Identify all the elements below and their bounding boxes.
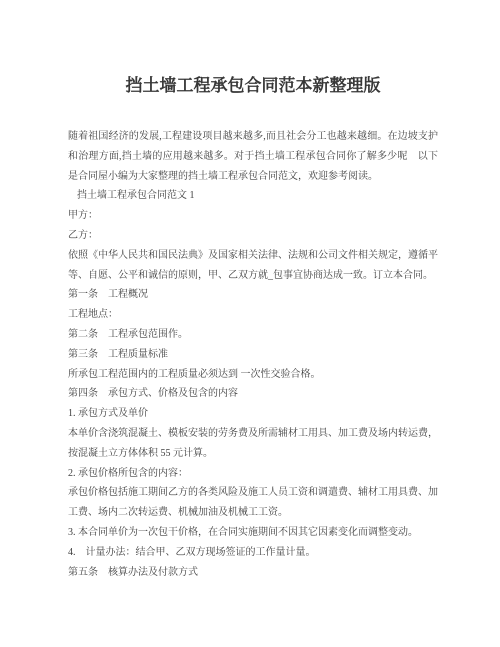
legal-basis-paragraph: 依照《中华人民共和国民法典》及国家相关法律、法规和公司文件相关规定，遵循平等、自… xyxy=(68,246,438,286)
clause-3-heading: 第三条 工程质量标准 xyxy=(68,345,438,365)
quality-standard-paragraph: 所承包工程范围内的工程质量必须达到 一次性交验合格。 xyxy=(68,365,438,385)
price-includes-paragraph: 承包价格包括施工期间乙方的各类风险及施工人员工资和调遣费、辅材工用具费、加工费、… xyxy=(68,483,438,523)
document-title: 挡土墙工程承包合同范本新整理版 xyxy=(68,75,438,97)
clause-5-heading: 第五条 核算办法及付款方式 xyxy=(68,563,438,583)
sample-contract-heading: 挡土墙工程承包合同范文 1 xyxy=(68,186,438,206)
clause-2-heading: 第二条 工程承包范围作。 xyxy=(68,325,438,345)
item-1-contract-mode-line: 1. 承包方式及单价 xyxy=(68,404,438,424)
clause-1-heading: 第一条 工程概况 xyxy=(68,285,438,305)
party-b-line: 乙方： xyxy=(68,226,438,246)
item-4-measurement-line: 4. 计量办法：结合甲、乙双方现场签证的工作量计量。 xyxy=(68,543,438,563)
project-location-line: 工程地点： xyxy=(68,305,438,325)
contract-document-page: 挡土墙工程承包合同范本新整理版 随着祖国经济的发展,工程建设项目越来越多,而且社… xyxy=(0,0,500,647)
item-3-fixed-price-line: 3. 本合同单价为一次包干价格，在合同实施期间不因其它因素变化而调整变动。 xyxy=(68,523,438,543)
party-a-line: 甲方： xyxy=(68,206,438,226)
item-2-price-content-line: 2. 承包价格所包含的内容： xyxy=(68,464,438,484)
intro-paragraph: 随着祖国经济的发展,工程建设项目越来越多,而且社会分工也越来越细。在边坡支护和治… xyxy=(68,127,438,186)
unit-price-paragraph: 本单价含浇筑混凝土、模板安装的劳务费及所需辅材工用具、加工费及场内转运费，按混凝… xyxy=(68,424,438,464)
clause-4-heading: 第四条 承包方式、价格及包含的内容 xyxy=(68,384,438,404)
